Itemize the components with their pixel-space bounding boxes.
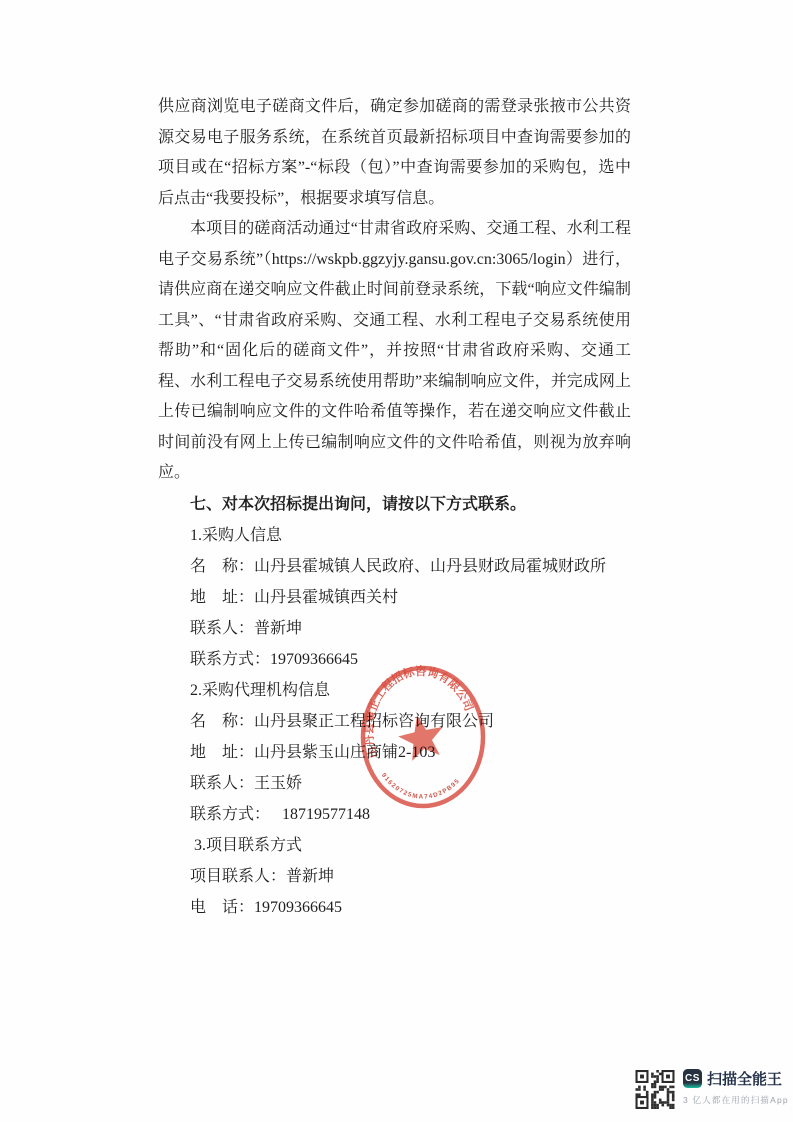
- contact-line: 地 址：山丹县霍城镇西关村: [158, 582, 678, 613]
- section-heading: 七、对本次招标提出询问，请按以下方式联系。: [158, 489, 678, 520]
- contact-line: 1.采购人信息: [158, 520, 678, 551]
- document-page: 供应商浏览电子磋商文件后，确定参加磋商的需登录张掖市公共资源交易电子服务系统，在…: [0, 0, 793, 1122]
- scanner-footer: CS 扫描全能王 3 亿人都在用的扫描App: [635, 1069, 785, 1111]
- contact-line: 名 称：山丹县聚正工程招标咨询有限公司: [158, 706, 678, 737]
- brand-block: CS 扫描全能王 3 亿人都在用的扫描App: [683, 1069, 789, 1106]
- contact-line: 联系人：王玉娇: [158, 768, 678, 799]
- contact-line: 名 称：山丹县霍城镇人民政府、山丹县财政局霍城财政所: [158, 551, 678, 582]
- paragraph: 供应商浏览电子磋商文件后，确定参加磋商的需登录张掖市公共资源交易电子服务系统，在…: [158, 92, 631, 214]
- body-text: 供应商浏览电子磋商文件后，确定参加磋商的需登录张掖市公共资源交易电子服务系统，在…: [158, 92, 631, 489]
- contact-line: 地 址：山丹县紫玉山庄商铺2-103: [158, 737, 678, 768]
- contact-line: 联系方式： 18719577148: [158, 799, 678, 830]
- contact-section: 七、对本次招标提出询问，请按以下方式联系。 1.采购人信息 名 称：山丹县霍城镇…: [158, 489, 678, 923]
- contact-line: 2.采购代理机构信息: [158, 675, 678, 706]
- contact-line: 电 话：19709366645: [158, 892, 678, 923]
- contact-line: 项目联系人：普新坤: [158, 861, 678, 892]
- qr-code: [635, 1070, 675, 1109]
- contact-line: 联系方式：19709366645: [158, 644, 678, 675]
- paragraph: 本项目的磋商活动通过“甘肃省政府采购、交通工程、水利工程电子交易系统”（http…: [158, 214, 631, 489]
- camscanner-logo: CS: [683, 1069, 702, 1088]
- app-name: 扫描全能王: [707, 1068, 782, 1089]
- contact-line: 联系人：普新坤: [158, 613, 678, 644]
- contact-line: 3.项目联系方式: [158, 830, 678, 861]
- app-tagline: 3 亿人都在用的扫描App: [683, 1094, 789, 1106]
